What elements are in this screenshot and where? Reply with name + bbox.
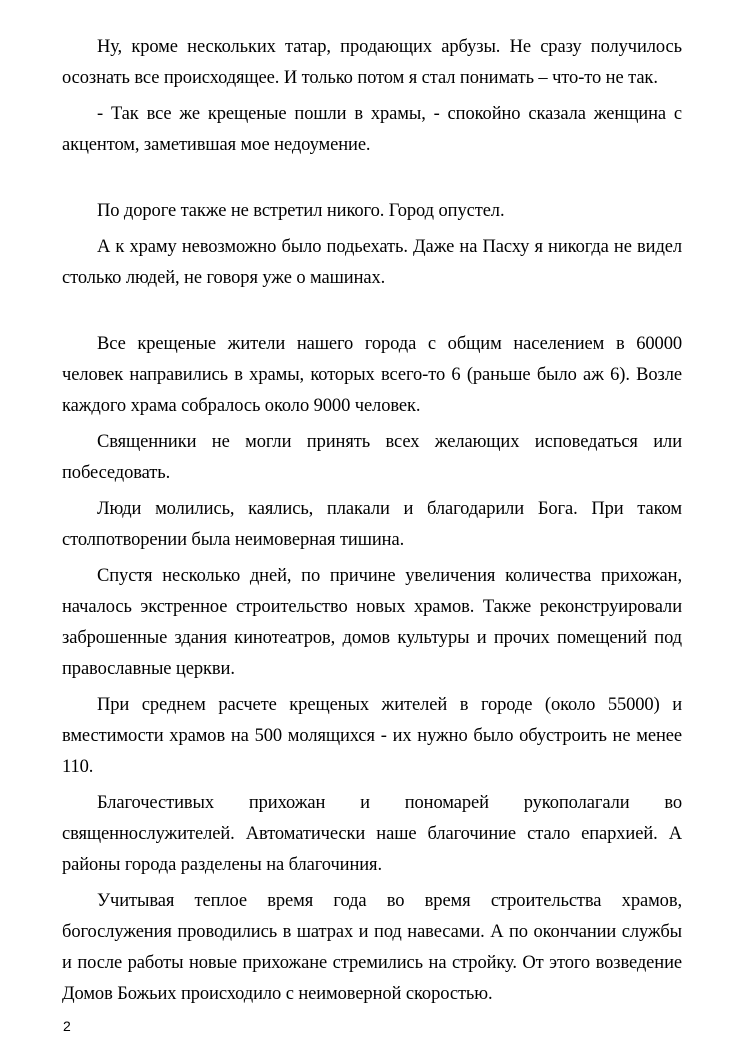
paragraph-8: Спустя несколько дней, по причине увелич… — [62, 561, 682, 685]
paragraph-5: Все крещеные жители нашего города с общи… — [62, 329, 682, 422]
paragraph-3: По дороге также не встретил никого. Горо… — [62, 196, 682, 227]
paragraph-1: Ну, кроме нескольких татар, продающих ар… — [62, 32, 682, 94]
blank-line — [62, 299, 682, 329]
paragraph-10: Благочестивых прихожан и пономарей рукоп… — [62, 788, 682, 881]
paragraph-4: А к храму невозможно было подьехать. Даж… — [62, 232, 682, 294]
document-page: Ну, кроме нескольких татар, продающих ар… — [62, 32, 682, 1015]
paragraph-9: При среднем расчете крещеных жителей в г… — [62, 690, 682, 783]
paragraph-2: - Так все же крещеные пошли в храмы, - с… — [62, 99, 682, 161]
paragraph-6: Священники не могли принять всех желающи… — [62, 427, 682, 489]
blank-line — [62, 166, 682, 196]
page-number: 2 — [63, 1018, 71, 1034]
paragraph-11: Учитывая теплое время года во время стро… — [62, 886, 682, 1010]
paragraph-7: Люди молились, каялись, плакали и благод… — [62, 494, 682, 556]
